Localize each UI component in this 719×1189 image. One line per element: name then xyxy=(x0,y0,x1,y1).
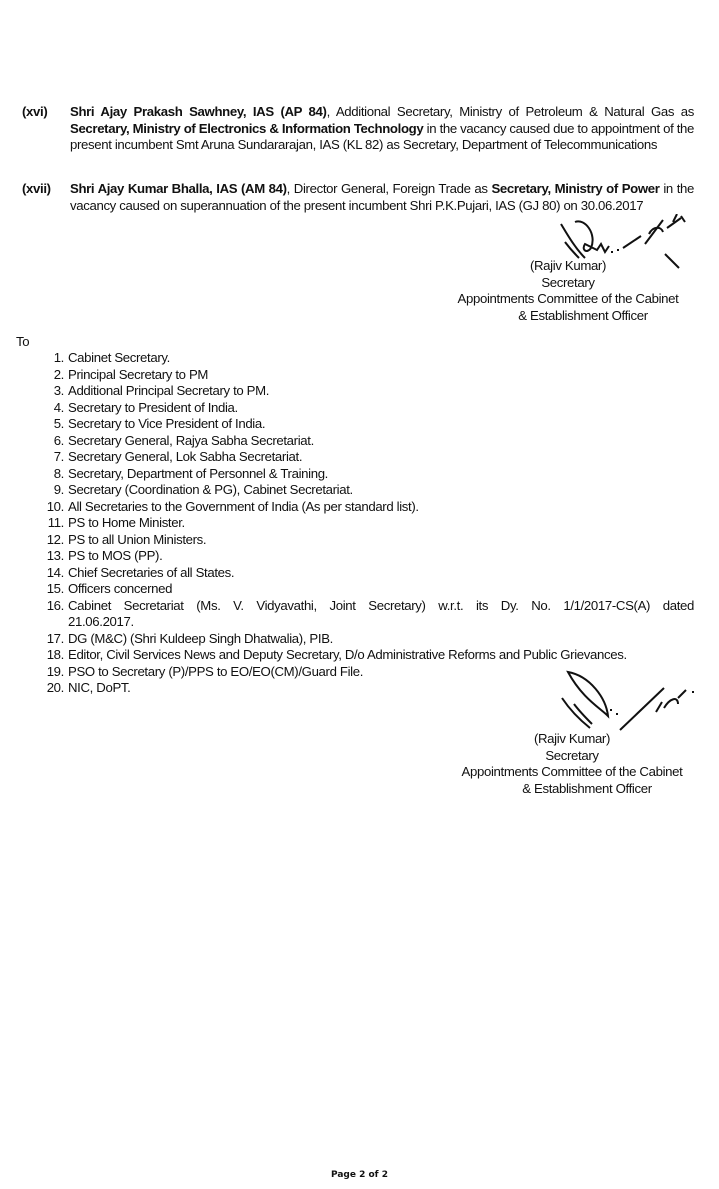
list-item: 1.Cabinet Secretary. xyxy=(40,350,694,367)
signatory-name: (Rajiv Kumar) xyxy=(448,731,696,748)
list-item: 11.PS to Home Minister. xyxy=(40,515,694,532)
signatory-office-2: & Establishment Officer xyxy=(448,781,696,798)
list-item: 6.Secretary General, Rajya Sabha Secreta… xyxy=(40,433,694,450)
appointee-name: Shri Ajay Prakash Sawhney, IAS (AP 84) xyxy=(70,104,327,119)
page-footer: Page 2 of 2 xyxy=(0,1170,719,1180)
signatory-designation: Secretary xyxy=(448,275,688,292)
list-item: 12.PS to all Union Ministers. xyxy=(40,532,694,549)
signature-block: (Rajiv Kumar) Secretary Appointments Com… xyxy=(448,258,688,324)
appointment-item-xvi: (xvi) Shri Ajay Prakash Sawhney, IAS (AP… xyxy=(22,104,694,154)
list-item: 17.DG (M&C) (Shri Kuldeep Singh Dhatwali… xyxy=(40,631,694,648)
item-text: Shri Ajay Kumar Bhalla, IAS (AM 84), Dir… xyxy=(70,181,694,214)
list-item: 10.All Secretaries to the Government of … xyxy=(40,499,694,516)
signatory-office: Appointments Committee of the Cabinet xyxy=(448,764,696,781)
appointment-item-xvii: (xvii) Shri Ajay Kumar Bhalla, IAS (AM 8… xyxy=(22,181,694,214)
list-item: 8.Secretary, Department of Personnel & T… xyxy=(40,466,694,483)
handwritten-signature-icon xyxy=(560,668,700,738)
signatory-designation: Secretary xyxy=(448,748,696,765)
list-item: 3.Additional Principal Secretary to PM. xyxy=(40,383,694,400)
list-item: 13.PS to MOS (PP). xyxy=(40,548,694,565)
item-number: (xvi) xyxy=(22,104,47,121)
item-number: (xvii) xyxy=(22,181,51,198)
recipient-list: 1.Cabinet Secretary. 2.Principal Secreta… xyxy=(40,350,694,697)
to-label: To xyxy=(16,334,29,351)
list-item: 16.Cabinet Secretariat (Ms. V. Vidyavath… xyxy=(40,598,694,631)
list-item: 18.Editor, Civil Services News and Deput… xyxy=(40,647,694,664)
list-item: 4.Secretary to President of India. xyxy=(40,400,694,417)
item-text: Shri Ajay Prakash Sawhney, IAS (AP 84), … xyxy=(70,104,694,154)
signatory-name: (Rajiv Kumar) xyxy=(448,258,688,275)
post-title: Secretary, Ministry of Electronics & Inf… xyxy=(70,121,423,136)
list-item: 2.Principal Secretary to PM xyxy=(40,367,694,384)
list-item: 14.Chief Secretaries of all States. xyxy=(40,565,694,582)
list-item: 9.Secretary (Coordination & PG), Cabinet… xyxy=(40,482,694,499)
signatory-office-2: & Establishment Officer xyxy=(448,308,688,325)
signatory-office: Appointments Committee of the Cabinet xyxy=(448,291,688,308)
list-item: 7.Secretary General, Lok Sabha Secretari… xyxy=(40,449,694,466)
post-title: Secretary, Ministry of Power xyxy=(491,181,659,196)
list-item: 5.Secretary to Vice President of India. xyxy=(40,416,694,433)
list-item: 15.Officers concerned xyxy=(40,581,694,598)
signature-block: (Rajiv Kumar) Secretary Appointments Com… xyxy=(448,731,696,797)
appointee-name: Shri Ajay Kumar Bhalla, IAS (AM 84) xyxy=(70,181,287,196)
